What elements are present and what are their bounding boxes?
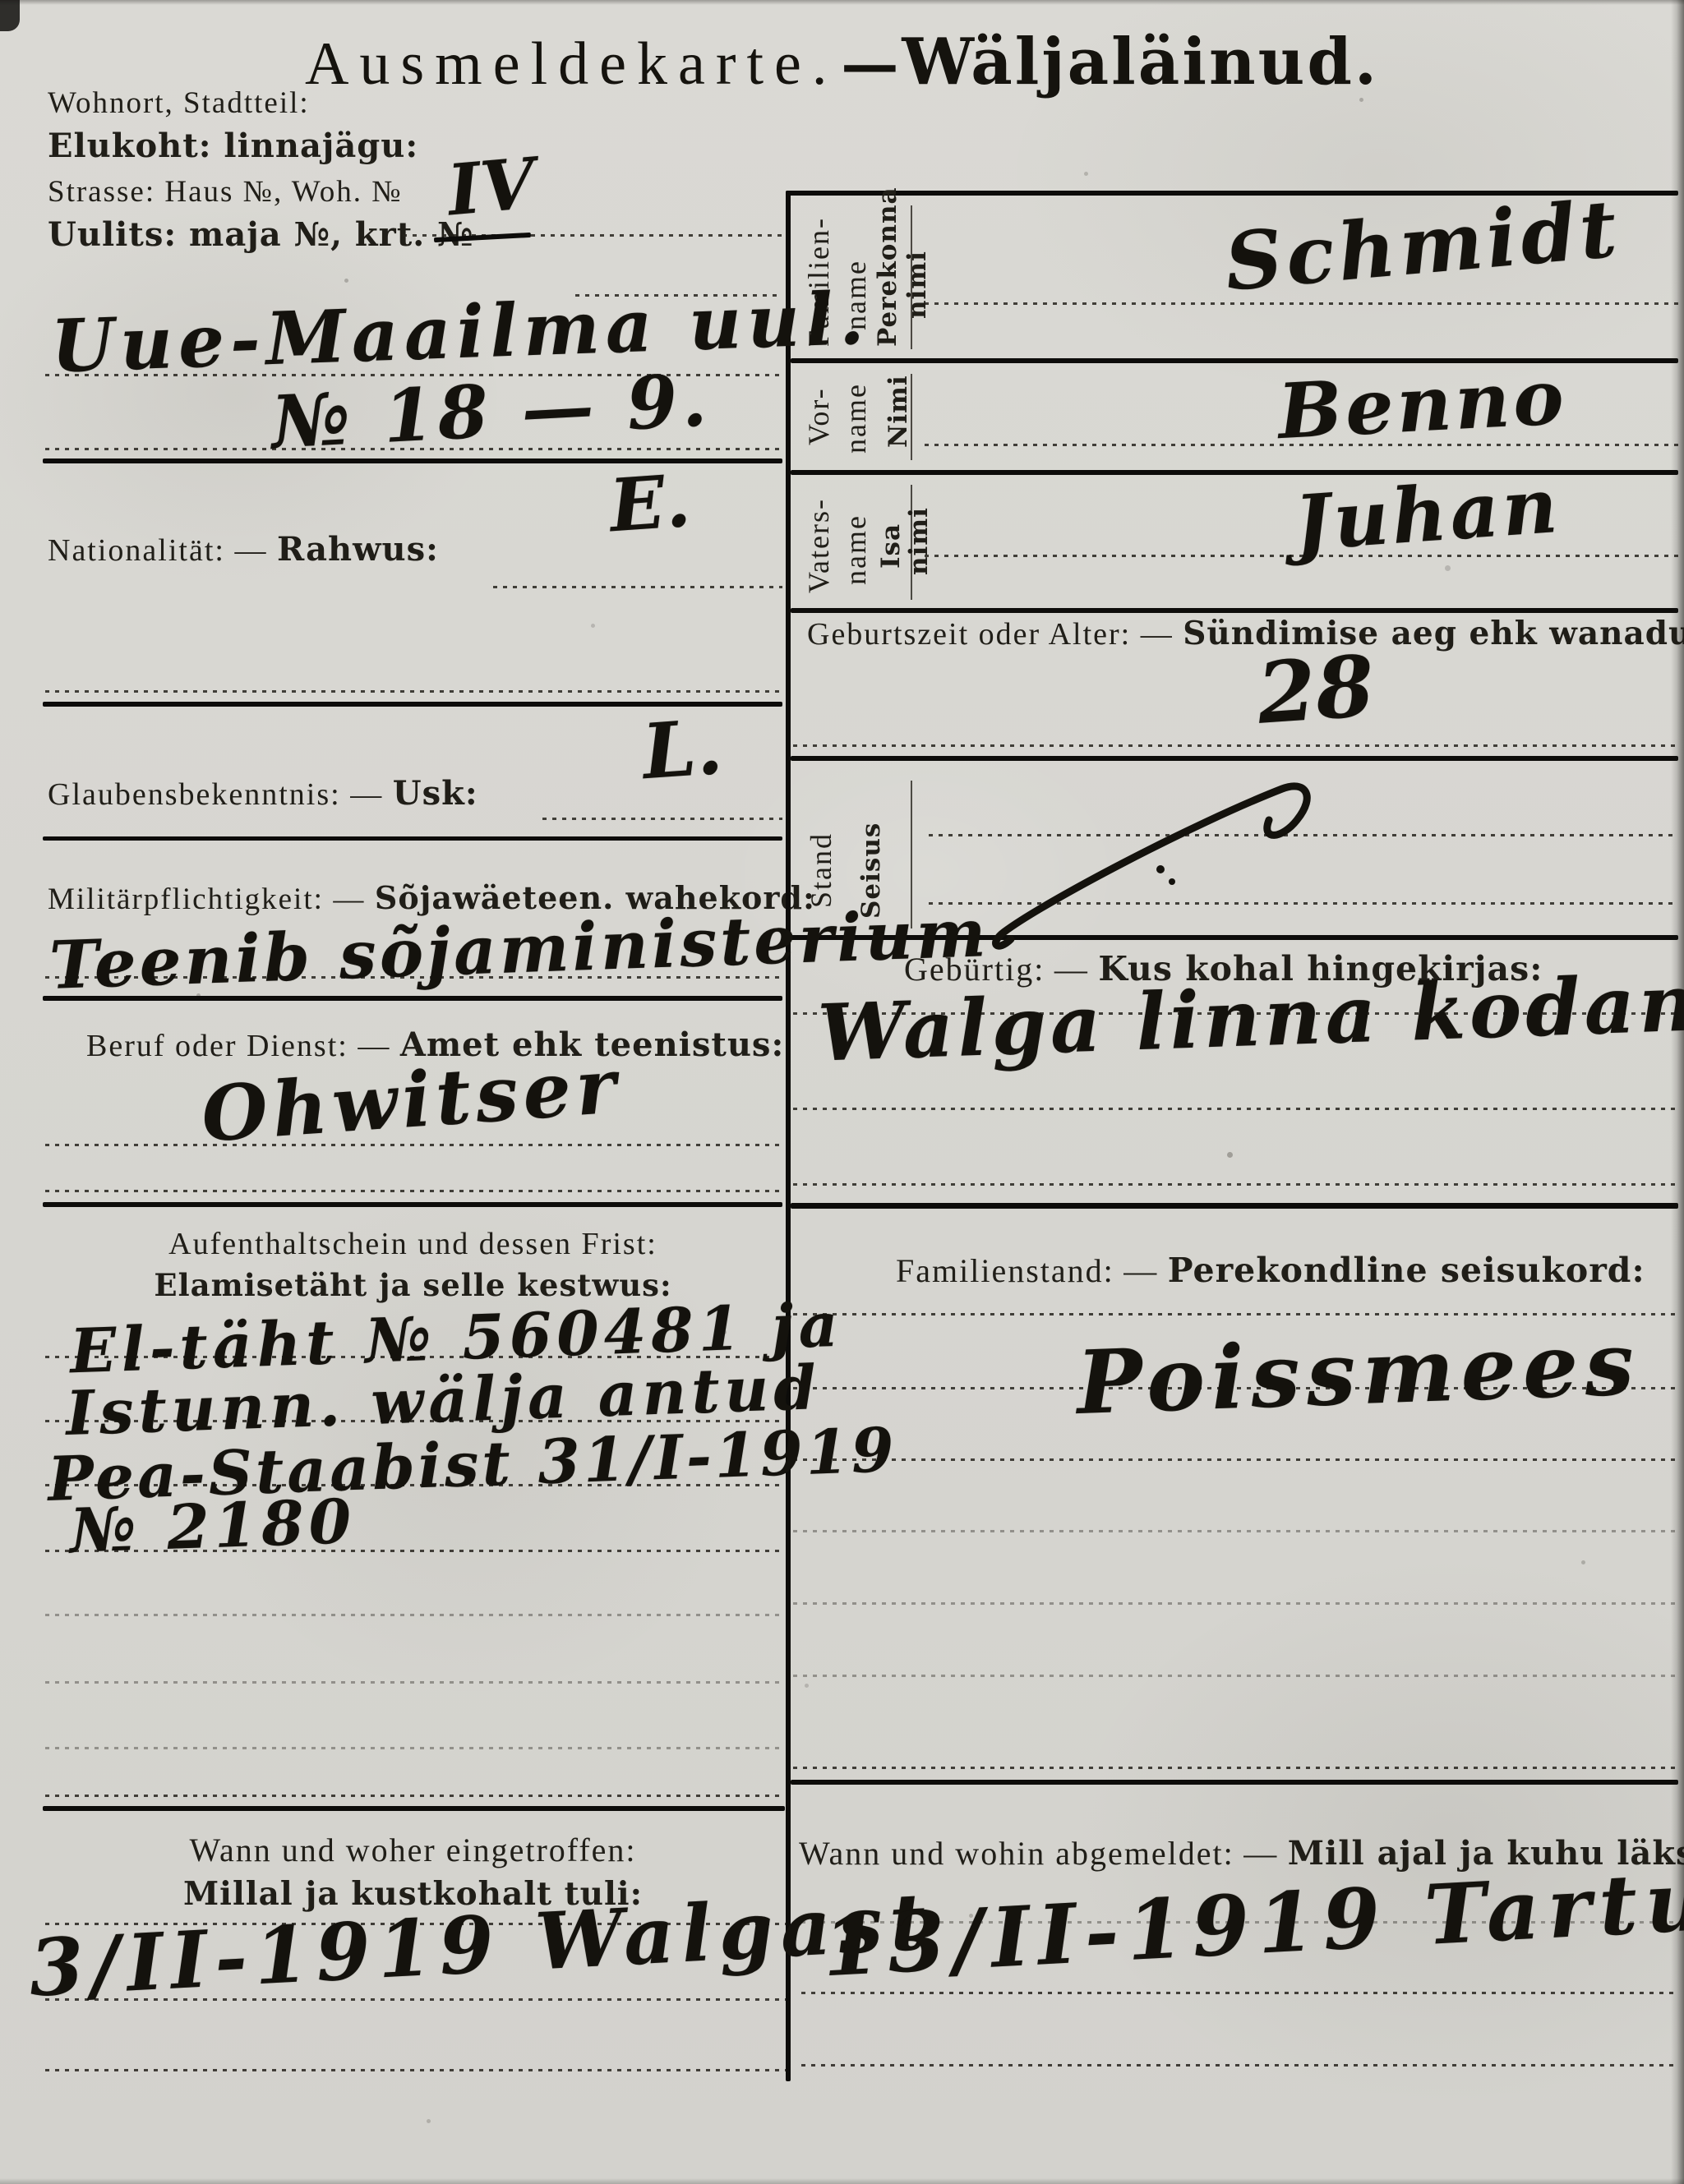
departure-label-de: Wann und wohin abgemeldet: <box>799 1835 1234 1872</box>
handwritten-family-name: Schmidt <box>1221 182 1624 309</box>
father-name-label-de-line2: name <box>838 514 873 585</box>
birth-age-label-de: Geburtszeit oder Alter: <box>807 617 1131 652</box>
ruled-line-dotted <box>801 2064 1678 2067</box>
scan-edge-bottom <box>0 2178 1684 2184</box>
label-dash: — <box>234 533 267 568</box>
estate-label-de: Stand <box>804 832 838 908</box>
section-divider-line <box>43 1202 782 1207</box>
handwritten-father-name: Juhan <box>1292 461 1564 568</box>
father-name-label-de-line1: Vaters- <box>801 498 836 593</box>
ruled-line-dotted <box>801 1992 1678 1994</box>
arrival-label-de: Wann und woher eingetroffen: <box>45 1831 781 1869</box>
handwritten-marital: Poissmees <box>1075 1311 1642 1434</box>
ruled-line-dotted <box>793 1530 1678 1532</box>
marital-label-de: Familienstand: <box>896 1252 1114 1289</box>
ruled-line-dotted <box>793 1108 1678 1110</box>
ruled-line-dotted <box>793 744 1678 747</box>
ruled-line-dotted <box>45 2069 787 2071</box>
label-dash: — <box>333 882 365 916</box>
stand-flourish-mark <box>986 771 1381 951</box>
label-dash: — <box>1243 1835 1278 1872</box>
father-name-label-et-line2: nimi <box>904 507 934 575</box>
handwritten-permit-line: № 2180 <box>69 1486 358 1567</box>
occupation-label-de: Beruf oder Dienst: <box>86 1029 348 1063</box>
ruled-line-dotted <box>925 302 1678 305</box>
section-divider-line <box>43 1806 785 1811</box>
scan-edge-right <box>1671 0 1684 2184</box>
row-border-line <box>791 608 1678 613</box>
family-name-label-et-line2: nimi <box>902 251 932 319</box>
ruled-line-dotted <box>45 690 785 693</box>
handwritten-religion: L. <box>639 703 725 796</box>
ruled-line-dotted <box>45 1681 785 1684</box>
row-border-line <box>791 756 1678 761</box>
row-border-line <box>791 1203 1678 1209</box>
label-dash: — <box>1123 1252 1158 1289</box>
ruled-line-dotted <box>793 1767 1678 1769</box>
ruled-line-dotted <box>542 818 782 820</box>
label-dash: — <box>1141 617 1174 652</box>
handwritten-departure: 13/II-1919 Tartu <box>820 1852 1684 1996</box>
permit-label-de: Aufenthaltschein und dessen Frist: <box>45 1226 781 1262</box>
row-border-line <box>791 1780 1678 1785</box>
ruled-line-dotted <box>45 1795 785 1797</box>
label-dash: — <box>350 777 383 812</box>
father-name-label-et-line1: Isa <box>876 523 906 569</box>
ruled-line-dotted <box>793 1675 1678 1677</box>
ruled-line-dotted <box>45 1747 785 1749</box>
handwritten-district: IV <box>445 143 538 233</box>
column-divider-line <box>786 191 791 2081</box>
ruled-line-dotted <box>793 1183 1678 1186</box>
title-estonian: Wäljaläinud. <box>902 25 1379 99</box>
card-title: Ausmeldekarte. — Wäljaläinud. <box>0 25 1684 99</box>
ruled-line-dotted <box>493 586 782 588</box>
nationality-label-et: Rahwus: <box>277 530 439 569</box>
ausmeldekarte-scanned-card: Ausmeldekarte. — Wäljaläinud. Wohnort, S… <box>0 0 1684 2184</box>
residence-label-et: Elukoht: linnajägu: <box>48 127 418 165</box>
first-name-label-de-line2: name <box>838 383 873 454</box>
section-divider-line <box>43 836 782 841</box>
family-name-label-et-line1: Perekonna <box>873 187 902 347</box>
religion-label-et: Usk: <box>393 774 478 813</box>
scan-corner-mark <box>0 0 20 31</box>
religion-label-de: Glaubensbekenntnis: <box>48 777 341 812</box>
ruled-line-dotted <box>793 1602 1678 1605</box>
title-dash: — <box>841 30 898 98</box>
handwritten-nationality: E. <box>607 458 693 549</box>
street-label-de: Strasse: Haus №, Woh. № <box>48 174 403 210</box>
nationality-label-de: Nationalität: <box>48 533 225 568</box>
military-label-de: Militärpflichtigkeit: <box>48 882 324 916</box>
first-name-label-et: Nimi <box>884 375 913 448</box>
ruled-line-dotted <box>45 1614 785 1616</box>
marital-label-et: Perekondline seisukord: <box>1168 1251 1645 1290</box>
first-name-label-de-line1: Vor- <box>801 387 836 445</box>
title-german: Ausmeldekarte. <box>305 30 837 98</box>
scan-edge-top <box>0 0 1684 5</box>
handwritten-age: 28 <box>1254 637 1377 744</box>
handwritten-first-name: Benno <box>1276 352 1569 456</box>
ruled-line-dotted <box>793 1458 1678 1461</box>
ruled-line-dotted <box>45 1190 785 1192</box>
